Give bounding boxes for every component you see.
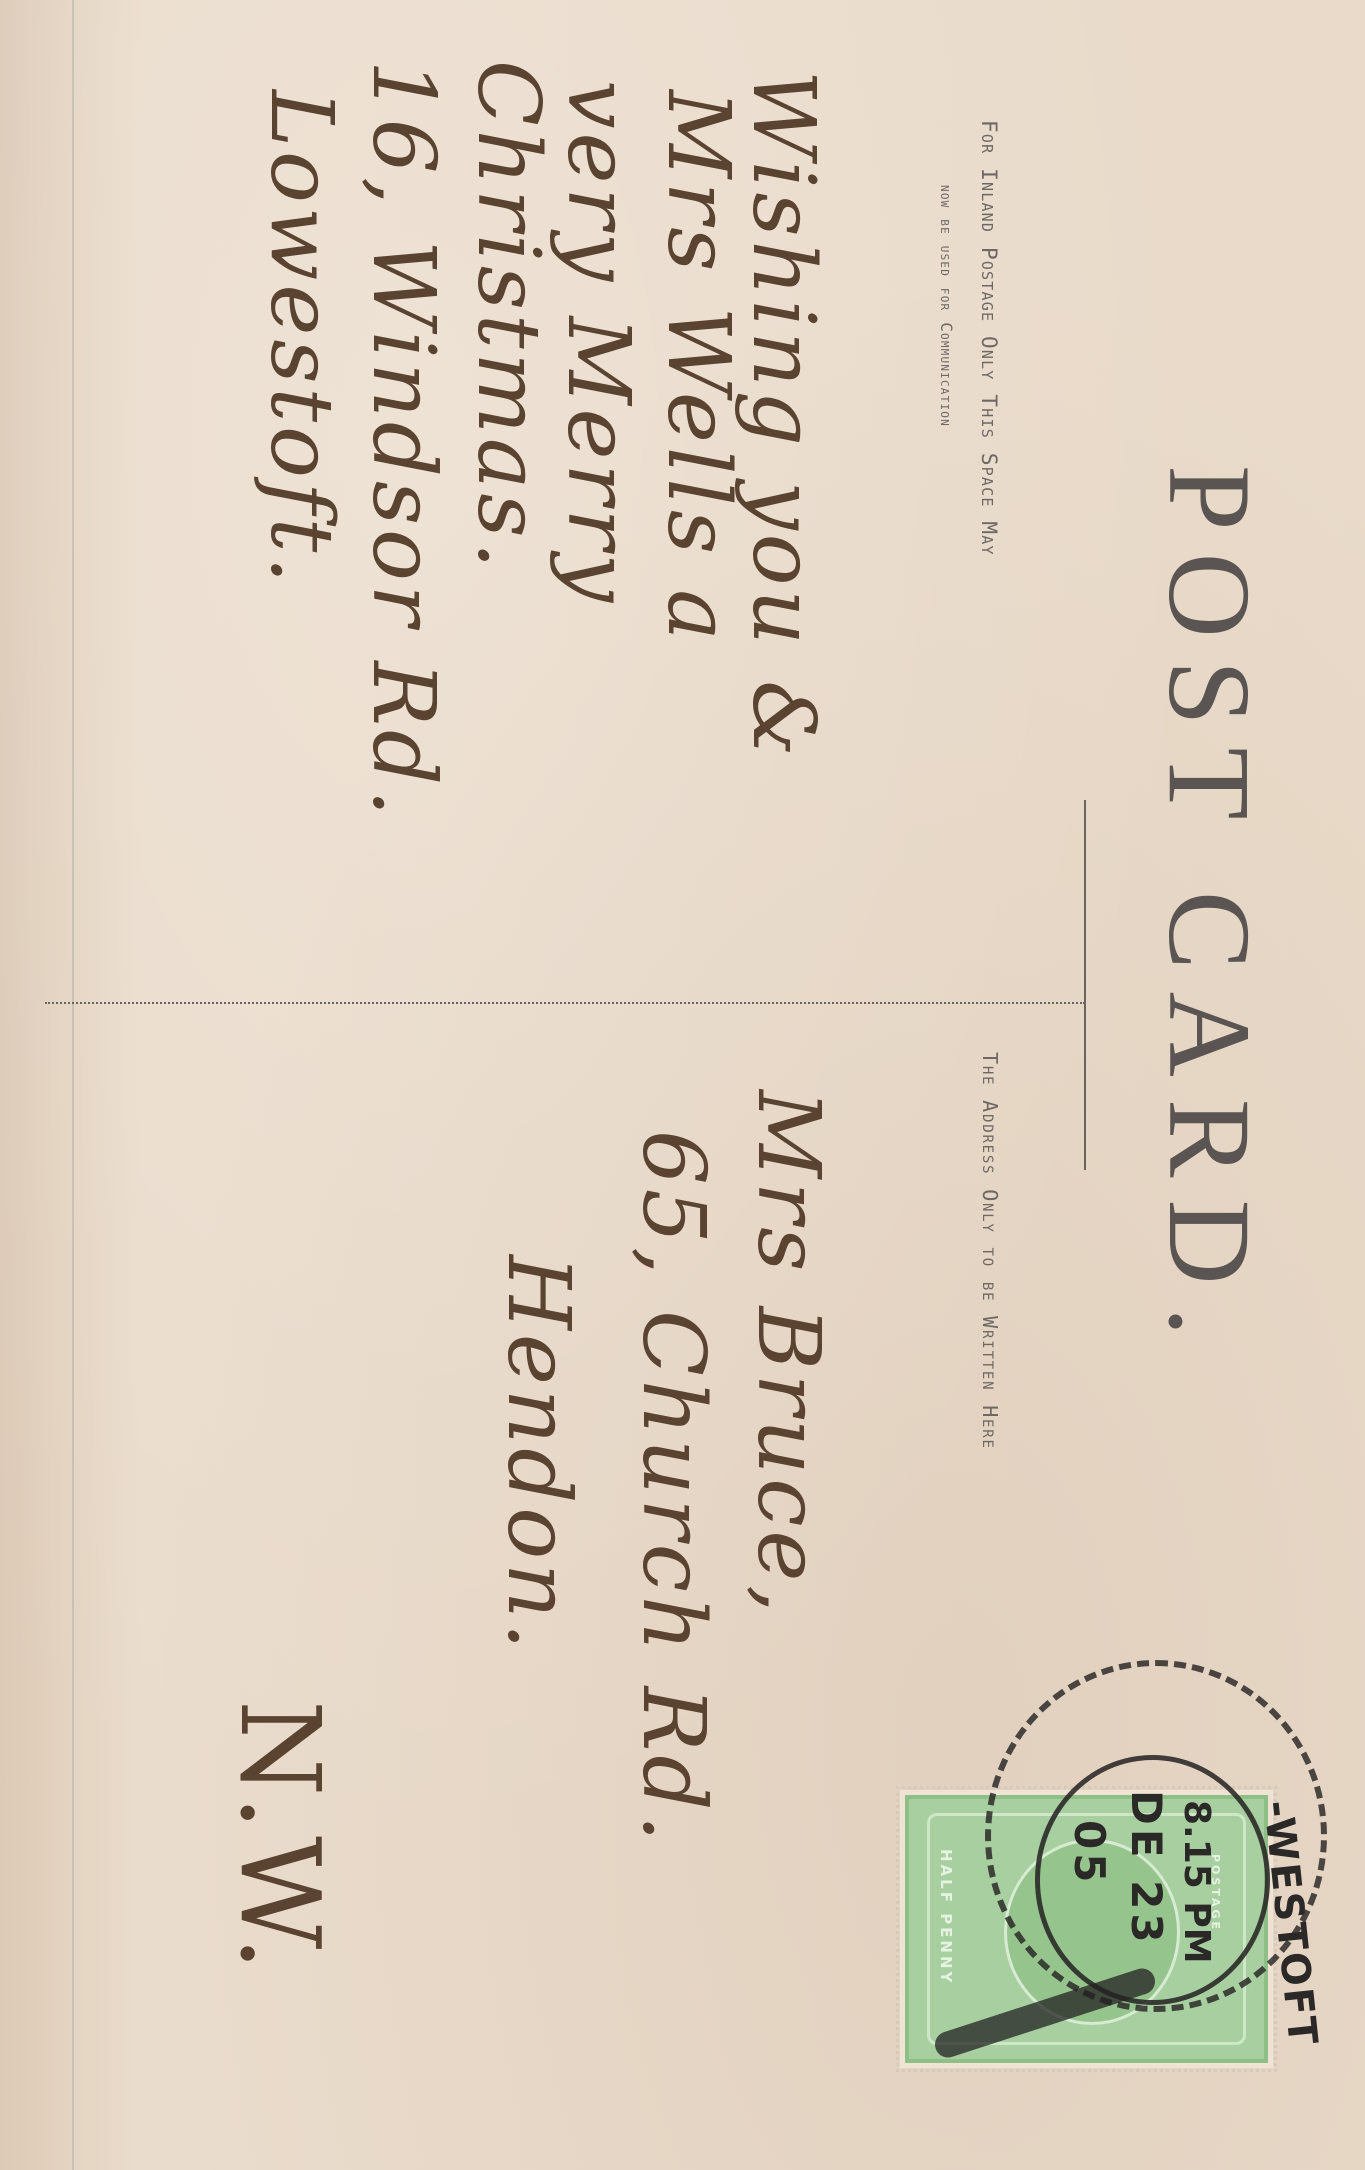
message-line: Christmas.: [465, 60, 551, 573]
pencil-margin-mark: [72, 0, 74, 2170]
address-instruction: The Address Only to be Written Here: [980, 1052, 1000, 1450]
message-address-divider: [45, 1002, 1085, 1004]
communication-instruction-line1: For Inland Postage Only This Space May: [978, 120, 999, 556]
postcard-title: POST CARD.: [1150, 465, 1268, 1358]
message-line: very Merry: [555, 80, 641, 606]
address-line: Hendon.: [495, 1255, 581, 1654]
message-line: Mrs Wells a: [655, 90, 741, 645]
address-line: Mrs Bruce,: [745, 1090, 831, 1617]
postal-district: N.W.: [225, 1700, 335, 1977]
postmark-time: 8.15 PM: [1178, 1800, 1214, 1964]
header-divider: [1084, 800, 1086, 1170]
stamp-value-label: HALF PENNY: [937, 1849, 955, 1985]
address-line: 65, Church Rd.: [630, 1130, 716, 1846]
message-line: 16, Windsor Rd.: [360, 60, 446, 820]
communication-instruction-line2: now be used for Communication: [938, 185, 954, 427]
message-line: Lowestoft.: [258, 90, 344, 588]
postmark-date: DE 23: [1125, 1790, 1167, 1947]
postmark-year: 05: [1068, 1820, 1110, 1886]
message-line: Wishing you &: [740, 70, 826, 761]
